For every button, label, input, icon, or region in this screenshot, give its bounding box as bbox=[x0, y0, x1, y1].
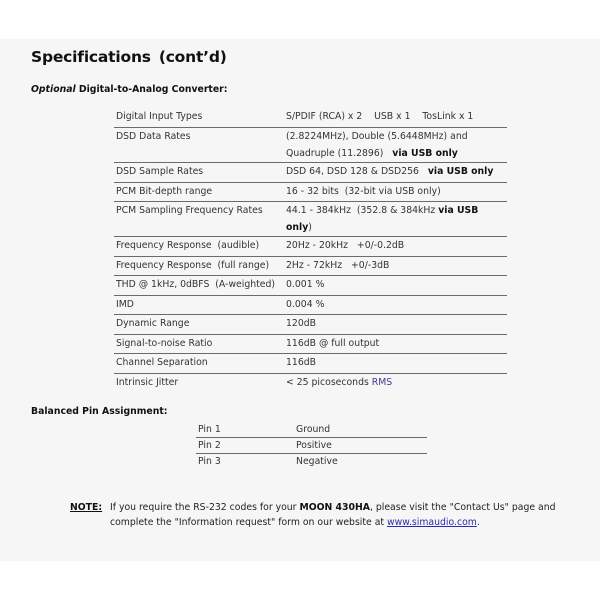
table-row: PCM Sampling Frequency Rates 44.1 - 384k… bbox=[114, 202, 507, 237]
spec-value: 0.004 % bbox=[284, 295, 507, 315]
note-text: . bbox=[477, 517, 480, 528]
spec-key: Intrinsic Jitter bbox=[114, 373, 284, 393]
note-body: If you require the RS-232 codes for your… bbox=[110, 500, 580, 530]
spec-value-text: DSD 64, DSD 128 & DSD256 bbox=[286, 166, 419, 177]
table-row: Frequency Response (audible) 20Hz - 20kH… bbox=[114, 237, 507, 257]
table-row: Intrinsic Jitter < 25 picoseconds RMS bbox=[114, 373, 507, 393]
spec-value: 116dB @ full output bbox=[284, 334, 507, 354]
table-row: Dynamic Range 120dB bbox=[114, 315, 507, 335]
spec-key: DSD Sample Rates bbox=[114, 163, 284, 183]
pin-role: Negative bbox=[294, 454, 427, 470]
section-heading: Optional Digital-to-Analog Converter: bbox=[31, 84, 228, 95]
spec-value: DSD 64, DSD 128 & DSD256 via USB only bbox=[284, 163, 507, 183]
spec-value: (2.8224MHz), Double (5.6448MHz) and Quad… bbox=[284, 128, 507, 163]
spec-value-end: ) bbox=[308, 222, 312, 233]
spec-value-emphasis: via USB only bbox=[392, 148, 458, 159]
spec-value: 44.1 - 384kHz (352.8 & 384kHz via USB on… bbox=[284, 202, 507, 237]
table-row: Channel Separation 116dB bbox=[114, 354, 507, 374]
spec-value: 2Hz - 72kHz +0/-3dB bbox=[284, 256, 507, 276]
spec-key: DSD Data Rates bbox=[114, 128, 284, 163]
spec-value: < 25 picoseconds RMS bbox=[284, 373, 507, 393]
spec-key: PCM Sampling Frequency Rates bbox=[114, 202, 284, 237]
section-prefix: Optional bbox=[31, 84, 76, 95]
spec-key: THD @ 1kHz, 0dBFS (A-weighted) bbox=[114, 276, 284, 296]
table-row: DSD Sample Rates DSD 64, DSD 128 & DSD25… bbox=[114, 163, 507, 183]
product-name: MOON 430HA bbox=[299, 502, 369, 513]
pin-role: Positive bbox=[294, 438, 427, 454]
spec-key: Dynamic Range bbox=[114, 315, 284, 335]
title-suffix: (cont’d) bbox=[159, 48, 227, 66]
note-label: NOTE: bbox=[70, 500, 102, 515]
spec-value: 0.001 % bbox=[284, 276, 507, 296]
table-row: IMD 0.004 % bbox=[114, 295, 507, 315]
spec-value-text: < 25 picoseconds bbox=[286, 377, 369, 388]
spec-key: Frequency Response (audible) bbox=[114, 237, 284, 257]
spec-key: Channel Separation bbox=[114, 354, 284, 374]
table-row: DSD Data Rates (2.8224MHz), Double (5.64… bbox=[114, 128, 507, 163]
pin-number: Pin 1 bbox=[196, 422, 294, 438]
spec-value-line: Quadruple (11.2896) bbox=[286, 148, 383, 159]
spec-value-accent: RMS bbox=[372, 377, 392, 388]
spec-value: 16 - 32 bits (32-bit via USB only) bbox=[284, 182, 507, 202]
pin-assignment-heading: Balanced Pin Assignment: bbox=[31, 406, 168, 417]
table-row: Pin 1 Ground bbox=[196, 422, 427, 438]
spec-key: Digital Input Types bbox=[114, 108, 284, 128]
spec-value: 116dB bbox=[284, 354, 507, 374]
pin-assignment-table: Pin 1 Ground Pin 2 Positive Pin 3 Negati… bbox=[196, 422, 427, 469]
table-row: Digital Input Types S/PDIF (RCA) x 2 USB… bbox=[114, 108, 507, 128]
spec-value-text: 44.1 - 384kHz (352.8 & 384kHz bbox=[286, 205, 435, 216]
spec-key: PCM Bit-depth range bbox=[114, 182, 284, 202]
spec-value: 20Hz - 20kHz +0/-0.2dB bbox=[284, 237, 507, 257]
table-row: Signal-to-noise Ratio 116dB @ full outpu… bbox=[114, 334, 507, 354]
table-row: Pin 3 Negative bbox=[196, 454, 427, 470]
note-text: If you require the RS-232 codes for your bbox=[110, 502, 299, 513]
page-title: Specifications(cont’d) bbox=[31, 48, 227, 66]
spec-value-line: (2.8224MHz), Double (5.6448MHz) and bbox=[286, 128, 507, 145]
table-row: PCM Bit-depth range 16 - 32 bits (32-bit… bbox=[114, 182, 507, 202]
spec-value: 120dB bbox=[284, 315, 507, 335]
dac-spec-table: Digital Input Types S/PDIF (RCA) x 2 USB… bbox=[114, 108, 507, 393]
title-text: Specifications bbox=[31, 48, 151, 66]
spec-value-emphasis: via USB only bbox=[428, 166, 494, 177]
spec-key: IMD bbox=[114, 295, 284, 315]
table-row: Pin 2 Positive bbox=[196, 438, 427, 454]
table-row: THD @ 1kHz, 0dBFS (A-weighted) 0.001 % bbox=[114, 276, 507, 296]
table-row: Frequency Response (full range) 2Hz - 72… bbox=[114, 256, 507, 276]
spec-value: S/PDIF (RCA) x 2 USB x 1 TosLink x 1 bbox=[284, 108, 507, 128]
website-link[interactable]: www.simaudio.com bbox=[387, 517, 477, 528]
spec-key: Frequency Response (full range) bbox=[114, 256, 284, 276]
section-label: Digital-to-Analog Converter: bbox=[79, 84, 228, 95]
spec-key: Signal-to-noise Ratio bbox=[114, 334, 284, 354]
pin-role: Ground bbox=[294, 422, 427, 438]
pin-number: Pin 2 bbox=[196, 438, 294, 454]
pin-number: Pin 3 bbox=[196, 454, 294, 470]
